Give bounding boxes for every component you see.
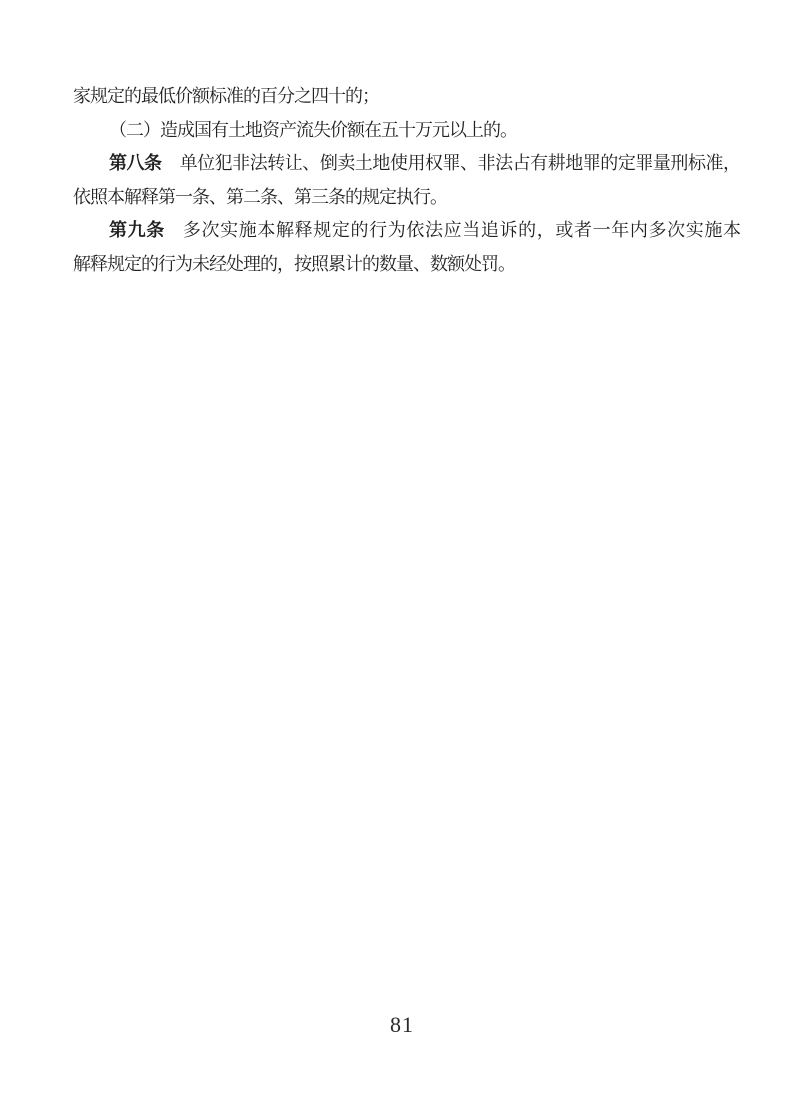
article-9-label: 第九条 (109, 220, 165, 240)
article-8-line-2: 依照本解释第一条、第二条、第三条的规定执行。 (73, 181, 740, 215)
article-9-line-1: 第九条多次实施本解释规定的行为依法应当追诉的，或者一年内多次实施本 (73, 214, 740, 248)
continuation-text: 家规定的最低价额标准的百分之四十的； (73, 86, 379, 106)
article-8-label: 第八条 (109, 153, 162, 173)
article-9-text-1: 多次实施本解释规定的行为依法应当追诉的，或者一年内多次实施本 (183, 220, 740, 240)
paragraph-continuation-line: 家规定的最低价额标准的百分之四十的； (73, 80, 740, 114)
item-2-text: （二）造成国有土地资产流失价额在五十万元以上的。 (109, 120, 517, 140)
page-number: 81 (0, 1012, 804, 1038)
text-block: 家规定的最低价额标准的百分之四十的； （二）造成国有土地资产流失价额在五十万元以… (73, 80, 740, 281)
article-9-text-2: 解释规定的行为未经处理的，按照累计的数量、数额处罚。 (73, 254, 515, 274)
document-page: 家规定的最低价额标准的百分之四十的； （二）造成国有土地资产流失价额在五十万元以… (0, 0, 804, 1099)
article-9-line-2: 解释规定的行为未经处理的，按照累计的数量、数额处罚。 (73, 248, 740, 282)
article-8-text-2: 依照本解释第一条、第二条、第三条的规定执行。 (73, 187, 447, 207)
article-8-line-1: 第八条单位犯非法转让、倒卖土地使用权罪、非法占有耕地罪的定罪量刑标准， (73, 147, 740, 181)
article-8-text-1: 单位犯非法转让、倒卖土地使用权罪、非法占有耕地罪的定罪量刑标准， (180, 153, 740, 173)
item-2-line: （二）造成国有土地资产流失价额在五十万元以上的。 (73, 114, 740, 148)
